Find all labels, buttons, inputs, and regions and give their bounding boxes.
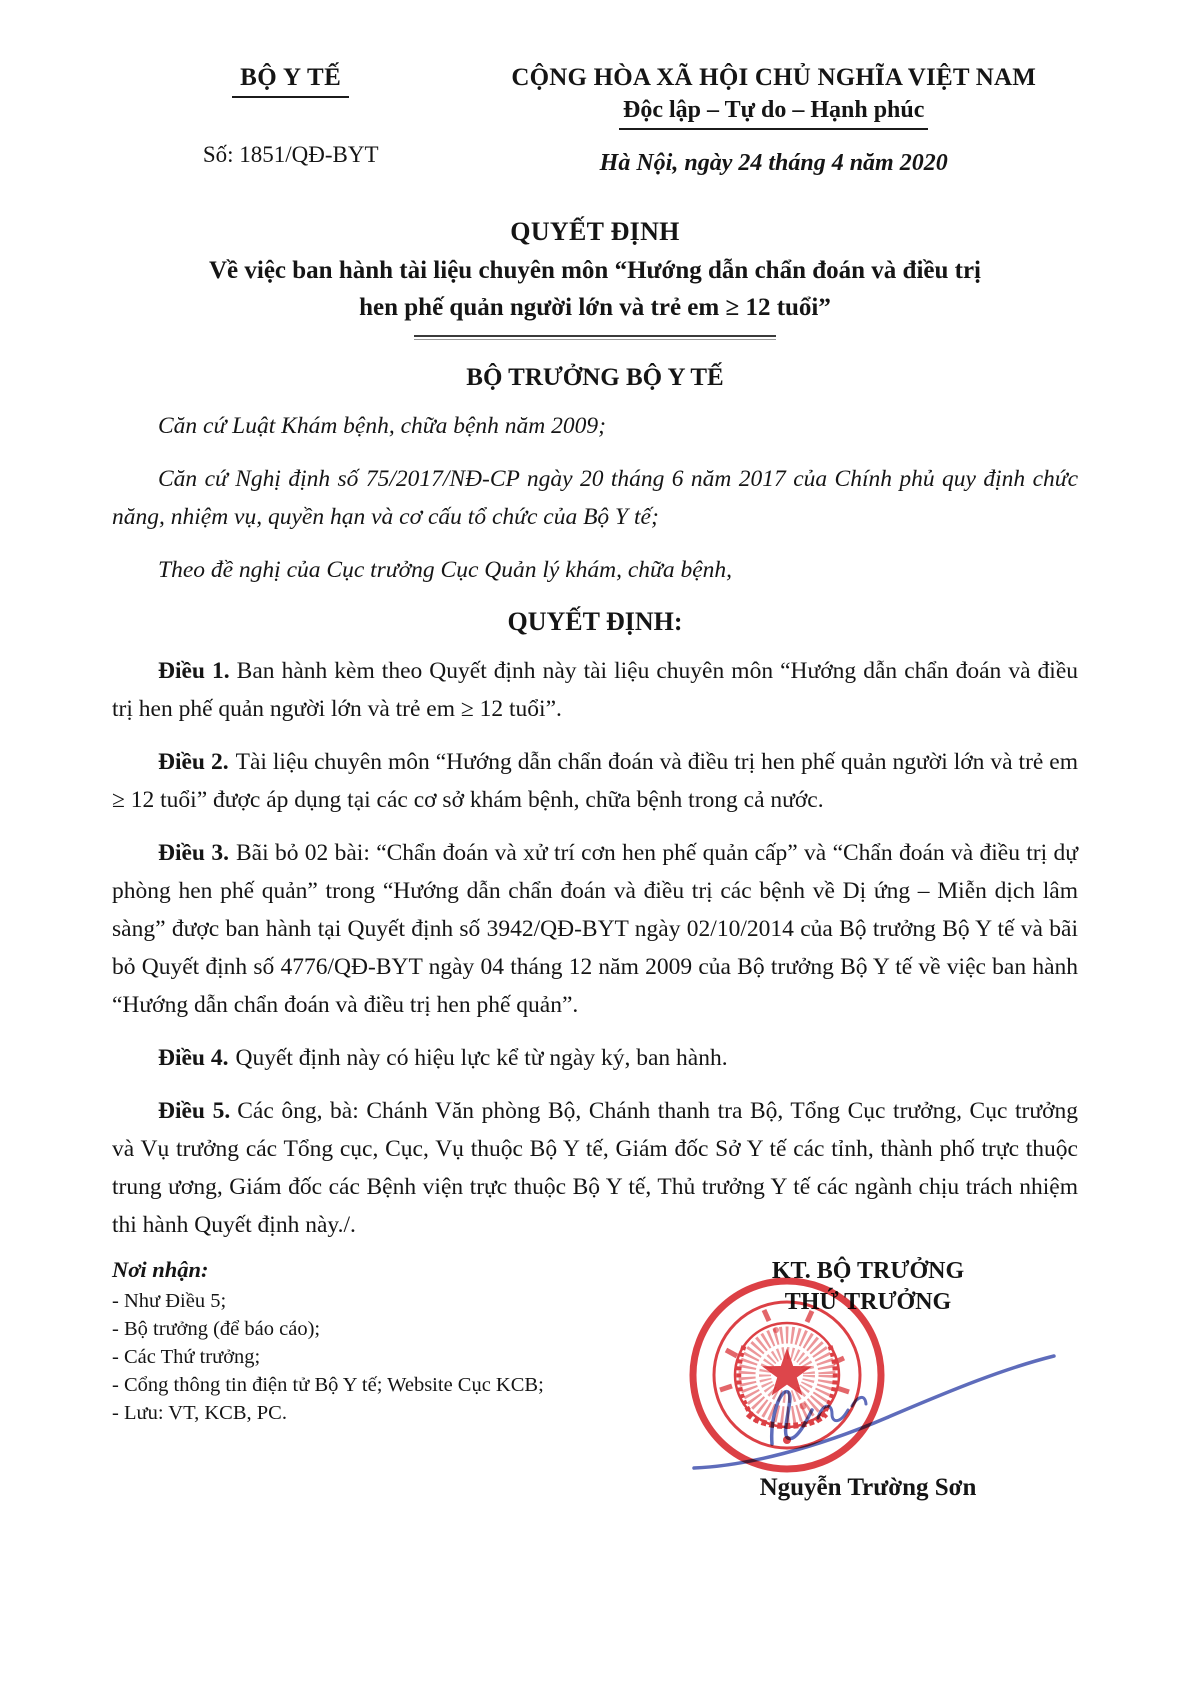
title-block: QUYẾT ĐỊNH Về việc ban hành tài liệu chu…	[112, 217, 1078, 340]
article-2-text: Tài liệu chuyên môn “Hướng dẫn chẩn đoán…	[112, 749, 1078, 813]
national-title: CỘNG HÒA XÃ HỘI CHỦ NGHĨA VIỆT NAM	[469, 64, 1078, 92]
decision-heading: QUYẾT ĐỊNH:	[112, 607, 1078, 637]
article-1: Điều 1.Ban hành kèm theo Quyết định này …	[112, 652, 1078, 728]
article-4-label: Điều 4.	[158, 1045, 229, 1071]
recipient-item: - Các Thứ trưởng;	[112, 1343, 556, 1371]
subject-line-1: Về việc ban hành tài liệu chuyên môn “Hư…	[112, 252, 1078, 289]
document-page: BỘ Y TẾ Số: 1851/QĐ-BYT CỘNG HÒA XÃ HỘI …	[0, 0, 1190, 1684]
article-5-label: Điều 5.	[158, 1098, 230, 1124]
signature-block: KT. BỘ TRƯỞNG THỨ TRƯỞNG	[658, 1256, 1078, 1586]
official-seal-stamp-icon	[686, 1274, 888, 1476]
issuing-org-block: BỘ Y TẾ Số: 1851/QĐ-BYT	[112, 64, 469, 177]
place-and-date: Hà Nội, ngày 24 tháng 4 năm 2020	[469, 150, 1078, 177]
article-2-label: Điều 2.	[158, 749, 229, 775]
national-header-block: CỘNG HÒA XÃ HỘI CHỦ NGHĨA VIỆT NAM Độc l…	[469, 64, 1078, 177]
recipient-item: - Như Điều 5;	[112, 1287, 556, 1315]
article-4: Điều 4.Quyết định này có hiệu lực kể từ …	[112, 1039, 1078, 1077]
document-subject: Về việc ban hành tài liệu chuyên môn “Hư…	[112, 252, 1078, 326]
document-number: Số: 1851/QĐ-BYT	[112, 142, 469, 168]
issuing-org-name: BỘ Y TẾ	[232, 64, 349, 98]
article-1-label: Điều 1.	[158, 658, 230, 684]
preamble-paragraph: Căn cứ Nghị định số 75/2017/NĐ-CP ngày 2…	[112, 460, 1078, 536]
article-1-text: Ban hành kèm theo Quyết định này tài liệ…	[112, 658, 1078, 722]
national-motto: Độc lập – Tự do – Hạnh phúc	[619, 97, 928, 130]
preamble-paragraph: Theo đề nghị của Cục trưởng Cục Quản lý …	[112, 551, 1078, 589]
article-3: Điều 3.Bãi bỏ 02 bài: “Chẩn đoán và xử t…	[112, 834, 1078, 1024]
document-type-heading: QUYẾT ĐỊNH	[112, 217, 1078, 247]
title-divider	[414, 335, 776, 340]
recipient-item: - Lưu: VT, KCB, PC.	[112, 1399, 556, 1427]
article-3-text: Bãi bỏ 02 bài: “Chẩn đoán và xử trí cơn …	[112, 840, 1078, 1018]
article-4-text: Quyết định này có hiệu lực kể từ ngày ký…	[236, 1045, 728, 1071]
subject-line-2: hen phế quản người lớn và trẻ em ≥ 12 tu…	[112, 289, 1078, 326]
preamble-paragraph: Căn cứ Luật Khám bệnh, chữa bệnh năm 200…	[112, 407, 1078, 445]
document-header: BỘ Y TẾ Số: 1851/QĐ-BYT CỘNG HÒA XÃ HỘI …	[112, 64, 1078, 177]
article-3-label: Điều 3.	[158, 840, 229, 866]
article-2: Điều 2.Tài liệu chuyên môn “Hướng dẫn ch…	[112, 743, 1078, 819]
recipient-item: - Bộ trưởng (để báo cáo);	[112, 1315, 556, 1343]
article-5-text: Các ông, bà: Chánh Văn phòng Bộ, Chánh t…	[112, 1098, 1078, 1238]
authority-heading: BỘ TRƯỞNG BỘ Y TẾ	[112, 364, 1078, 392]
article-5: Điều 5.Các ông, bà: Chánh Văn phòng Bộ, …	[112, 1092, 1078, 1244]
recipient-item: - Cổng thông tin điện tử Bộ Y tế; Websit…	[112, 1371, 556, 1399]
recipients-label: Nơi nhận:	[112, 1256, 556, 1284]
document-footer: Nơi nhận: - Như Điều 5; - Bộ trưởng (để …	[112, 1256, 1078, 1586]
recipients-block: Nơi nhận: - Như Điều 5; - Bộ trưởng (để …	[112, 1256, 556, 1586]
